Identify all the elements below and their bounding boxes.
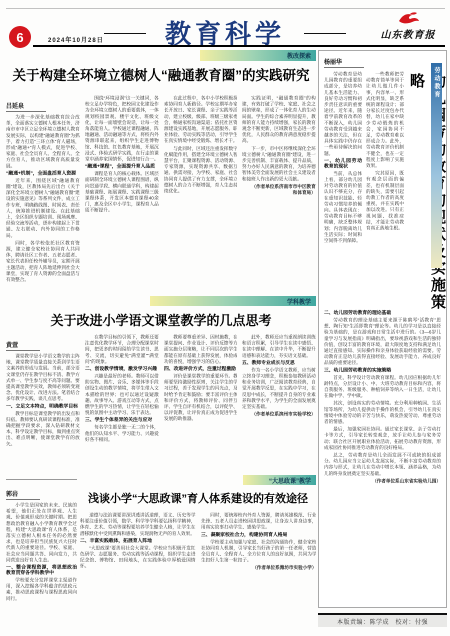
paragraph: 此外，教师还应当重视朗读训练和语言积累，引导学生在读中感悟、在读中理解、在读中升… (242, 334, 316, 358)
article1-col1: 吕延泉 为进一步深化基础教育综合改革，全面落实立德树人根本任务，济南市市中区立足… (6, 95, 80, 292)
paragraph: 究其原因，既有观念层面的偏差，也有机制层面的缺失，需要引起幼教工作者的高度重视，… (366, 170, 404, 231)
paragraph: 与此同时，区域还注重发挥数字化赋能作用，搭建全环境立德树人智慧平台，汇聚课程资源… (164, 145, 238, 194)
sidebar-author: 杨丽华 (324, 57, 364, 68)
sub-heading: 四、改进评价方式，注重过程激励 (164, 366, 238, 372)
author-endnote: （作者单位系山东省实验幼儿园） (324, 478, 441, 484)
sidebar-topic-label: 劳动教育 (432, 67, 441, 99)
article2-tag-band: 学科教学 (150, 296, 316, 306)
article1-tag: 教改探索 (287, 51, 311, 60)
sidebar-col1: 劳动教育是幼儿园教育的重要组成部分，是培养幼儿基本生活能力、良好劳动习惯和初步责… (324, 71, 362, 303)
paragraph: 为进一步深化基础教育综合改革，全面落实立德树人根本任务，济南市市中区立足全环境立… (6, 114, 80, 169)
article2-col3: 教师要尊重差异、因材施教，在课堂提问、作业设计、评价反馈等方面实施分层策略，让不… (164, 334, 238, 478)
article3-col3: 同时，要统筹校内外育人资源，聘请英雄模范、行业先锋、五老人员走进校园讲思政课，让… (201, 512, 317, 630)
article3-author: 郭岩 (6, 489, 40, 500)
sub-heading: “融通+机制”，全面盘活育人资源 (6, 170, 80, 176)
paragraph: 首先，科学设计劳动教育课程。幼儿园应根据幼儿年龄特点，分层设计小、中、大班劳动教… (324, 374, 441, 398)
paragraph: 近年来，围绕区域“融通教育圈”建设，区教体局先后出台《关于深化全环境立德树人“融… (6, 177, 80, 238)
article3-col2-text: 道德与法治课要讲深讲透讲活道理，语文、历史等学科要注重价值引领，数学、科学等学科… (80, 512, 196, 569)
paragraph: 在教学目标的引领下，教师还要注意优化教学环节，合理分配课堂时间，把更多的时间留给… (85, 334, 159, 365)
paragraph: 小学生是国家的未来、民族的希望，他们正处在世界观、人生观、价值观形成的关键时期。… (6, 502, 77, 563)
article2-tag: 学科教学 (287, 297, 311, 306)
article2-col3-text: 教师要尊重差异、因材施教，在课堂提问、作业设计、评价反馈等方面实施分层策略，让不… (164, 334, 238, 422)
article2-col1: 黄萱 课堂教学是小学语文教学的主阵地，课堂教学质量直接关系到学生语文素养的形成与… (6, 334, 80, 478)
article1-author: 吕延泉 (6, 101, 46, 112)
article3-separator (6, 479, 77, 480)
sub-heading: 二、幼儿园劳动教育的理论基础 (324, 310, 441, 316)
article3-tag: “大思政课”教学 (269, 476, 311, 485)
paragraph: 一些教师把劳动教育简单等同于让幼儿做几件小事，内容单一、形式化明显，缺乏系统的课… (366, 71, 404, 169)
sidebar-col2-text: 一些教师把劳动教育简单等同于让幼儿做几件小事，内容单一、形式化明显，缺乏系统的课… (366, 71, 404, 231)
sidebar-lower-text: 二、幼儿园劳动教育的理论基础劳动教育的理论基础主要来源于陈鹤琴“活教育”思想、陶… (324, 310, 441, 484)
paragraph: 课程是育人的核心载体。区域层面研制全环境立德树人课程图谱，纵向贯通学段、横向联通… (85, 171, 159, 214)
article1-col2-text: 围绕“环境浸润”这一关键词，各校立足办学特色，把校园文化建设作为全环境立德树人的… (85, 95, 159, 213)
article1-col2: 围绕“环境浸润”这一关键词，各校立足办学特色，把校园文化建设作为全环境立德树人的… (85, 95, 159, 292)
author-endnote: （作者单位系济南市市中区教育和体育局） (242, 183, 316, 195)
paragraph: 劳动教育的理论基础主要来源于陈鹤琴“活教育”思想、陶行知“生活即教育”理论等。幼… (324, 317, 441, 366)
paragraph: 在此过程中，各中小学校积极探索协同育人新路径。学校定期举办家长开放日、家长课程、… (164, 95, 238, 144)
paragraph: 学校要充分发挥课堂主渠道作用，深入挖掘各学科蕴含的思政元素，推动思政课程与课程思… (6, 577, 77, 601)
article1-col1-text: 为进一步深化基础教育综合改革，全面落实立德树人根本任务，济南市市中区立足全环境立… (6, 114, 80, 283)
article2-col4-text: 此外，教师还应当重视朗读训练和语言积累，引导学生在读中感悟、在读中理解、在读中升… (242, 334, 316, 417)
paragraph: 当前，从总体上看，部分幼儿园对劳动教育的价值认识不够充分，存在重知识技能、轻劳动… (324, 170, 362, 243)
paragraph: 课堂教学是小学语文教学的主阵地，课堂教学质量直接关系到学生语文素养的形成与发展。… (6, 353, 80, 402)
paragraph: 实践证明，“融通教育圈”的构建，有效打破了学校、家庭、社会之间的壁垒，形成了一体… (242, 95, 316, 144)
page-number-badge: 6 (9, 26, 31, 48)
header-bottom-rule (33, 45, 445, 47)
article2-headline: 关于改进小学语文课堂教学的几点思考 (6, 310, 316, 329)
masthead-name: 山东教育报 (372, 26, 444, 41)
masthead: 山东教育报 (372, 11, 444, 41)
paragraph: 教师要尊重差异、因材施教，在课堂提问、作业设计、评价反馈等方面实施分层策略，让不… (164, 334, 238, 365)
sidebar-article-box: 杨丽华 劳动教育是幼儿园教育的重要组成部分，是培养幼儿基本生活能力、良好劳动习惯… (318, 50, 447, 608)
sidebar-vertical-title: 幼儿园劳动教育的现状及实施策略 (407, 73, 449, 311)
article3-headline: 浅谈小学“大思政课”育人体系建设的有效途径 (80, 490, 316, 506)
sub-heading: 五、教师专业成长与反思 (242, 360, 316, 366)
article3-col3-text: 同时，要统筹校内外育人资源，聘请英雄模范、行业先锋、五老人员走进校园讲思政课，让… (201, 512, 317, 571)
paragraph: 道德与法治课要讲深讲透讲活道理，语文、历史等学科要注重价值引领，数学、科学等学科… (80, 512, 196, 536)
article2-col2-text: 在教学目标的引领下，教师还要注意优化教学环节，合理分配课堂时间，把更多的时间留给… (85, 334, 159, 443)
author-endnote: （作者单位系滨州市实验学校） (242, 411, 316, 417)
article2-body: 黄萱 课堂教学是小学语文教学的主阵地，课堂教学质量直接关系到学生语文素养的形成与… (6, 334, 316, 478)
sidebar-upper-columns: 劳动教育是幼儿园教育的重要组成部分，是培养幼儿基本生活能力、良好劳动习惯和初步责… (324, 71, 404, 303)
article2-author: 黄萱 (6, 340, 40, 351)
article3-col1: 郭岩 小学生是国家的未来、民族的希望，他们正处在世界观、人生观、价值观形成的关键… (6, 483, 77, 630)
paragraph: 每名学生都是独一无二的个体，他们的认知水平、学习能力、兴趣爱好各不相同。 (85, 424, 159, 442)
paragraph: 围绕“环境浸润”这一关键词，各校立足办学特色，把校园文化建设作为全环境立德树人的… (85, 95, 159, 162)
author-endnote: （作者单位系潍坊市实验小学） (201, 565, 317, 571)
paragraph: 总之，劳动教育是幼儿全面发展不可或缺的组成部分。幼儿园应当立足幼儿发展实际，不断… (324, 452, 441, 476)
sub-heading: “融通+课程”，全面提升育人品质 (85, 164, 159, 170)
sidebar-col1-text: 劳动教育是幼儿园教育的重要组成部分，是培养幼儿基本生活能力、良好劳动习惯和初步责… (324, 71, 362, 244)
article1-col4: 实践证明，“融通教育圈”的构建，有效打破了学校、家庭、社会之间的壁垒，形成了一体… (242, 95, 316, 292)
sub-heading: 二、创设教学情境，激发学习兴趣 (85, 366, 159, 372)
paragraph: 下一步，市中区将继续深化全环境立德树人“融通教育圈”建设，进一步完善机制、丰富载… (242, 145, 316, 182)
article3-body: 道德与法治课要讲深讲透讲活道理，语文、历史等学科要注重价值引领，数学、科学等学科… (80, 512, 316, 630)
article1-col3-text: 在此过程中，各中小学校积极探索协同育人新路径。学校定期举办家长开放日、家长课程、… (164, 95, 238, 194)
paragraph: 劳动教育是幼儿园教育的重要组成部分，是培养幼儿基本生活能力、良好劳动习惯和初步责… (324, 71, 362, 156)
paragraph: “大思政课”要善用社会大课堂。学校应当积极开发红色研学、志愿服务、劳动实践等活动… (80, 545, 196, 569)
article1-tag-band: 教改探索 (200, 50, 316, 61)
article1-col3: 在此过程中，各中小学校积极探索协同育人新路径。学校定期举办家长开放日、家长课程、… (164, 95, 238, 292)
sub-heading: 三、学生个体差异的关注与应对 (85, 417, 159, 423)
article1-col4-text: 实践证明，“融通教育圈”的构建，有效打破了学校、家庭、社会之间的壁垒，形成了一体… (242, 95, 316, 196)
title-rule-right (304, 33, 346, 34)
sub-heading: 三、幼儿园劳动教育的实施策略 (324, 367, 441, 373)
article2-col2: 在教学目标的引领下，教师还要注意优化教学环节，合理分配课堂时间，把更多的时间留给… (85, 334, 159, 478)
title-rule-left (104, 33, 146, 34)
sidebar-col2: 一些教师把劳动教育简单等同于让幼儿做几件小事，内容单一、形式化明显，缺乏系统的课… (366, 71, 404, 303)
paragraph: 作为一名小学语文教师，应当树立终身学习理念，积极参加教研活动和业务培训，广泛阅读… (242, 367, 316, 410)
header-top-rule (6, 8, 445, 9)
sidebar-topic-tab: 劳动教育 (431, 63, 442, 268)
issue-date: 2024年10月28日 (48, 35, 104, 44)
paragraph: 同时，要统筹校内外育人资源，聘请英雄模范、行业先锋、五老人员走进校园讲思政课，让… (201, 512, 317, 530)
article1-headline: 关于构建全环境立德树人“融通教育圈”的实践研究 (6, 64, 316, 84)
sidebar-lower: 二、幼儿园劳动教育的理论基础劳动教育的理论基础主要来源于陈鹤琴“活教育”思想、陶… (324, 307, 441, 599)
page-number: 6 (16, 30, 23, 45)
sub-heading: 二、丰富实践载体，拓展育人阵地 (80, 538, 196, 544)
masthead-bird-icon (395, 11, 421, 26)
article1-body: 吕延泉 为进一步深化基础教育综合改革，全面落实立德树人根本任务，济南市市中区立足… (6, 95, 316, 292)
sub-heading: 三、凝聚家校社合力，构建协同育人格局 (201, 532, 317, 538)
page-footer: 本版责编：陈学成 校对：付强 (318, 613, 447, 627)
paragraph: 同时，各学校依托社区教育资源，建立健全家校社协同育人共同体，聘请社区工作者、五老… (6, 240, 80, 283)
paragraph: 评价是课堂教学的重要环节。教师要坚持激励性原则，关注学生的学习过程，善于发现学生… (164, 373, 238, 422)
article2-col4: 此外，教师还应当重视朗读训练和语言积累，引导学生在读中感悟、在读中理解、在读中升… (242, 334, 316, 478)
article3-col1-text: 小学生是国家的未来、民族的希望，他们正处在世界观、人生观、价值观形成的关键时期。… (6, 502, 77, 601)
sub-heading: 一、幼儿园劳动教育的现状 (324, 158, 362, 169)
paragraph: 学校要主动加强与家庭、社会的沟通协作，健全家校社协同育人机制，引导家长当好孩子的… (201, 539, 317, 563)
paragraph: 教学目标是课堂教学的出发点和归宿。教师要认真研读课程标准，准确把握学段要求，深入… (6, 410, 80, 447)
newspaper-page: { "header": { "page_number": "6", "date"… (0, 0, 450, 636)
article2-col1-text: 课堂教学是小学语文教学的主阵地，课堂教学质量直接关系到学生语文素养的形成与发展。… (6, 353, 80, 447)
sub-heading: 一、整合课程资源，将思想政治教育贯穿各学科教学中 (6, 565, 77, 576)
footer-credits: 本版责编：陈学成 校对：付强 (337, 617, 428, 626)
paragraph: 兴趣是最好的老师。教师可以借助实物、图片、音乐、多媒体等手段创设生动的教学情境，… (85, 373, 159, 416)
paragraph: 其次，创设真实的劳动情境。充分利用种植园、生活馆等场所，为幼儿提供动手操作的机会… (324, 400, 441, 424)
sub-heading: 一、立足文本特点，明确教学目标 (6, 403, 80, 409)
article3-tag-band: “大思政课”教学 (243, 475, 316, 485)
paragraph: 最后，加强家园社协同。通过家长课堂、亲子劳动打卡等方式，引导家长转变观念，放手让… (324, 426, 441, 450)
article3-col2: 道德与法治课要讲深讲透讲活道理，语文、历史等学科要注重价值引领，数学、科学等学科… (80, 512, 196, 630)
